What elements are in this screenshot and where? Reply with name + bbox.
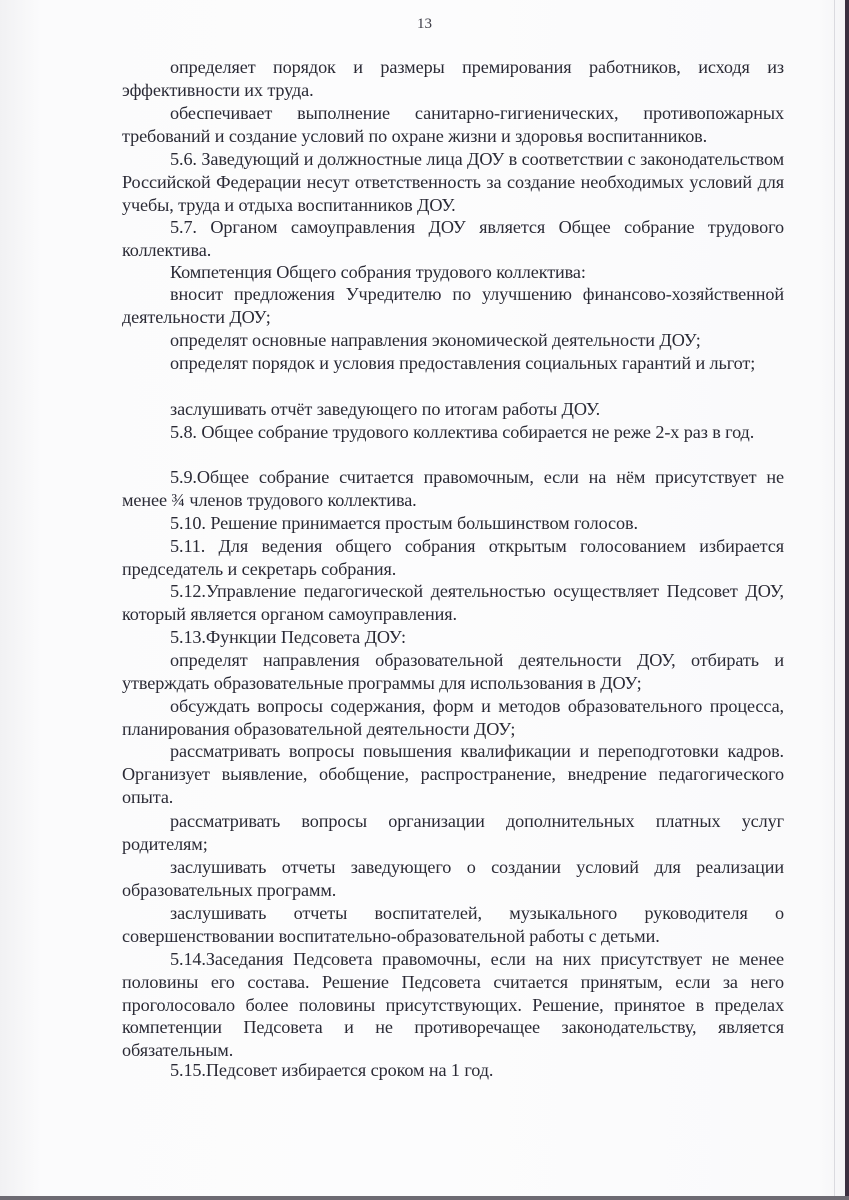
paragraph-education-directions: определят направления образовательной де… [122,649,784,695]
paragraph-head-report: заслушивать отчёт заведующего по итогам … [122,398,784,421]
scan-border-right [845,0,849,1200]
scan-border-bottom [0,1196,849,1200]
paragraph-discuss-content: обсуждать вопросы содержания, форм и мет… [122,695,784,741]
paragraph-5-15: 5.15.Педсовет избирается сроком на 1 год… [122,1059,784,1082]
paragraph-proposals: вносит предложения Учредителю по улучшен… [122,283,784,329]
page-number: 13 [0,16,849,33]
paragraph-5-14: 5.14.Заседания Педсовета правомочны, есл… [122,948,784,1062]
paragraph-competence-heading: Компетенция Общего собрания трудового ко… [122,261,784,284]
paragraph-5-10: 5.10. Решение принимается простым больши… [122,512,784,535]
paragraph-5-11: 5.11. Для ведения общего собрания открыт… [122,535,784,581]
paragraph-sanitary: обеспечивает выполнение санитарно-гигиен… [122,102,784,148]
paragraph-paid-services: рассматривать вопросы организации дополн… [122,810,784,856]
paragraph-5-6: 5.6. Заведующий и должностные лица ДОУ в… [122,148,784,216]
paragraph-5-7: 5.7. Органом самоуправления ДОУ является… [122,216,784,262]
paragraph-head-reports: заслушивать отчеты заведующего о создани… [122,856,784,902]
paragraph-5-9: 5.9.Общее собрание считается правомочным… [122,466,784,512]
paragraph-qualification: рассматривать вопросы повышения квалифик… [122,740,784,808]
page-edge-shadow [834,0,835,1196]
paragraph-5-12: 5.12.Управление педагогической деятельно… [122,580,784,626]
paragraph-bonus: определяет порядок и размеры премировани… [122,56,784,102]
paragraph-educator-reports: заслушивать отчеты воспитателей, музыкал… [122,902,784,948]
paragraph-5-8: 5.8. Общее собрание трудового коллектива… [122,421,784,444]
scanned-page: 13 определяет порядок и размеры премиров… [0,0,845,1196]
paragraph-5-13: 5.13.Функции Педсовета ДОУ: [122,626,784,649]
paragraph-social-guarantees: определят порядок и условия предоставлен… [122,352,784,375]
paragraph-economic-directions: определят основные направления экономиче… [122,329,784,352]
